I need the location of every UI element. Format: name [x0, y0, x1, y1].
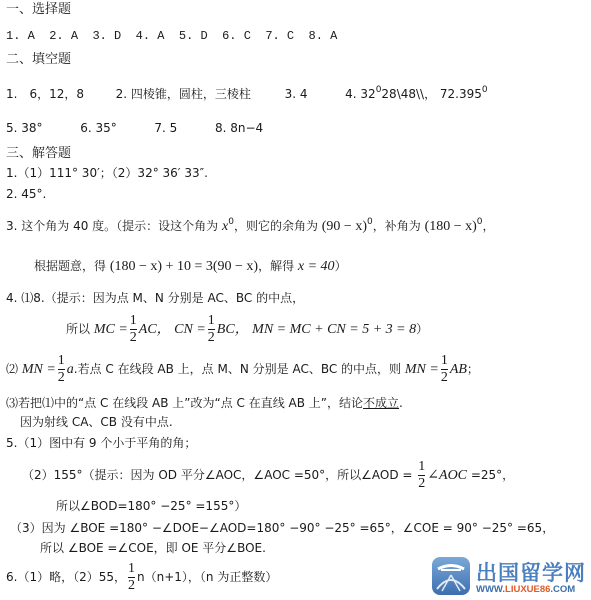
logo-title: 出国留学网 — [476, 557, 586, 587]
answer-num: 1. — [6, 29, 20, 43]
answer-num: 6. — [222, 29, 236, 43]
fill-q1: 1. 6，12，8 — [6, 87, 84, 101]
fill-q4: 4. 32028\48\\， 72.3950 — [345, 87, 488, 101]
solution-q5-part3-cont: 所以 ∠BOE =∠COE，即 OE 平分∠BOE. — [40, 540, 266, 556]
solution-q5-part2-cont: 所以∠BOD=180° −25° =155°） — [56, 498, 246, 514]
solution-q3-line1: 3. 这个角为 40 度。（提示：设这个角为 x0，则它的余角为 (90 − x… — [6, 218, 495, 235]
watermark-logo: 出国留学网 WWW.LIUXUE86.COM — [432, 557, 588, 597]
answer-val: A — [157, 29, 164, 43]
answer-val: D — [200, 29, 207, 43]
fill-q6: 6. 35° — [80, 121, 117, 135]
answer-val: C — [244, 29, 251, 43]
answer-num: 7. — [265, 29, 279, 43]
fill-q5: 5. 38° — [6, 121, 43, 135]
solution-q4-part3-reason: 因为射线 CA、CB 没有中点. — [20, 414, 173, 430]
answer-num: 2. — [49, 29, 63, 43]
solution-q4-part1: 4. ⑴8.（提示：因为点 M、N 分别是 AC、BC 的中点， — [6, 290, 304, 306]
answer-val: A — [28, 29, 35, 43]
answer-num: 8. — [309, 29, 323, 43]
answer-num: 3. — [92, 29, 106, 43]
answer-val: A — [330, 29, 337, 43]
section-title-multiple-choice: 一、选择题 — [6, 2, 71, 18]
answer-val: D — [114, 29, 121, 43]
solution-q4-part2: ⑵ MN =12a.若点 C 在线段 AB 上，点 M、N 分别是 AC、BC … — [6, 352, 479, 387]
solution-q4-part3: ⑶若把⑴中的“点 C 在线段 AB 上”改为“点 C 在直线 AB 上”，结论不… — [6, 395, 403, 411]
globe-arch-icon — [432, 557, 470, 595]
solution-q5-part1: 5.（1）图中有 9 个小于平角的角； — [6, 435, 196, 451]
answer-num: 4. — [136, 29, 150, 43]
solution-q3-line2: 根据题意，得 (180 − x) + 10 = 3(90 − x)，解得 x =… — [34, 258, 347, 275]
fill-q3: 3. 4 — [285, 87, 308, 101]
section-title-solutions: 三、解答题 — [6, 146, 71, 162]
fill-q2: 2. 四棱锥，圆柱，三棱柱 — [116, 87, 251, 101]
solution-q4-part1-formula: 所以 MC =12AC， CN =12BC， MN = MC + CN = 5 … — [66, 312, 428, 347]
solution-q5-part3: （3）因为 ∠BOE =180° −∠DOE−∠AOD=180° −90° −2… — [10, 520, 554, 536]
fill-q8: 8. 8n−4 — [215, 121, 263, 135]
solution-q1: 1.（1）111° 30′；（2）32° 36′ 33″. — [6, 165, 208, 181]
answer-val: C — [287, 29, 294, 43]
solution-q2: 2. 45°. — [6, 186, 46, 202]
answer-num: 5. — [179, 29, 193, 43]
fill-q7: 7. 5 — [154, 121, 177, 135]
logo-url: WWW.LIUXUE86.COM — [476, 584, 575, 595]
fill-blank-row-2: 5. 38° 6. 35° 7. 5 8. 8n−4 — [6, 120, 263, 136]
section-title-fill-blank: 二、填空题 — [6, 52, 71, 68]
solution-q5-part2: （2）155°（提示：因为 OD 平分∠AOC，∠AOC =50°，所以∠AOD… — [22, 458, 514, 493]
multiple-choice-answers: 1. A 2. A 3. D 4. A 5. D 6. C 7. C 8. A — [6, 28, 337, 44]
answer-val: A — [71, 29, 78, 43]
solution-q6: 6.（1）略，（2）55，12n（n+1），（n 为正整数） — [6, 560, 277, 594]
fill-blank-row-1: 1. 6，12，8 2. 四棱锥，圆柱，三棱柱 3. 4 4. 32028\48… — [6, 86, 488, 102]
